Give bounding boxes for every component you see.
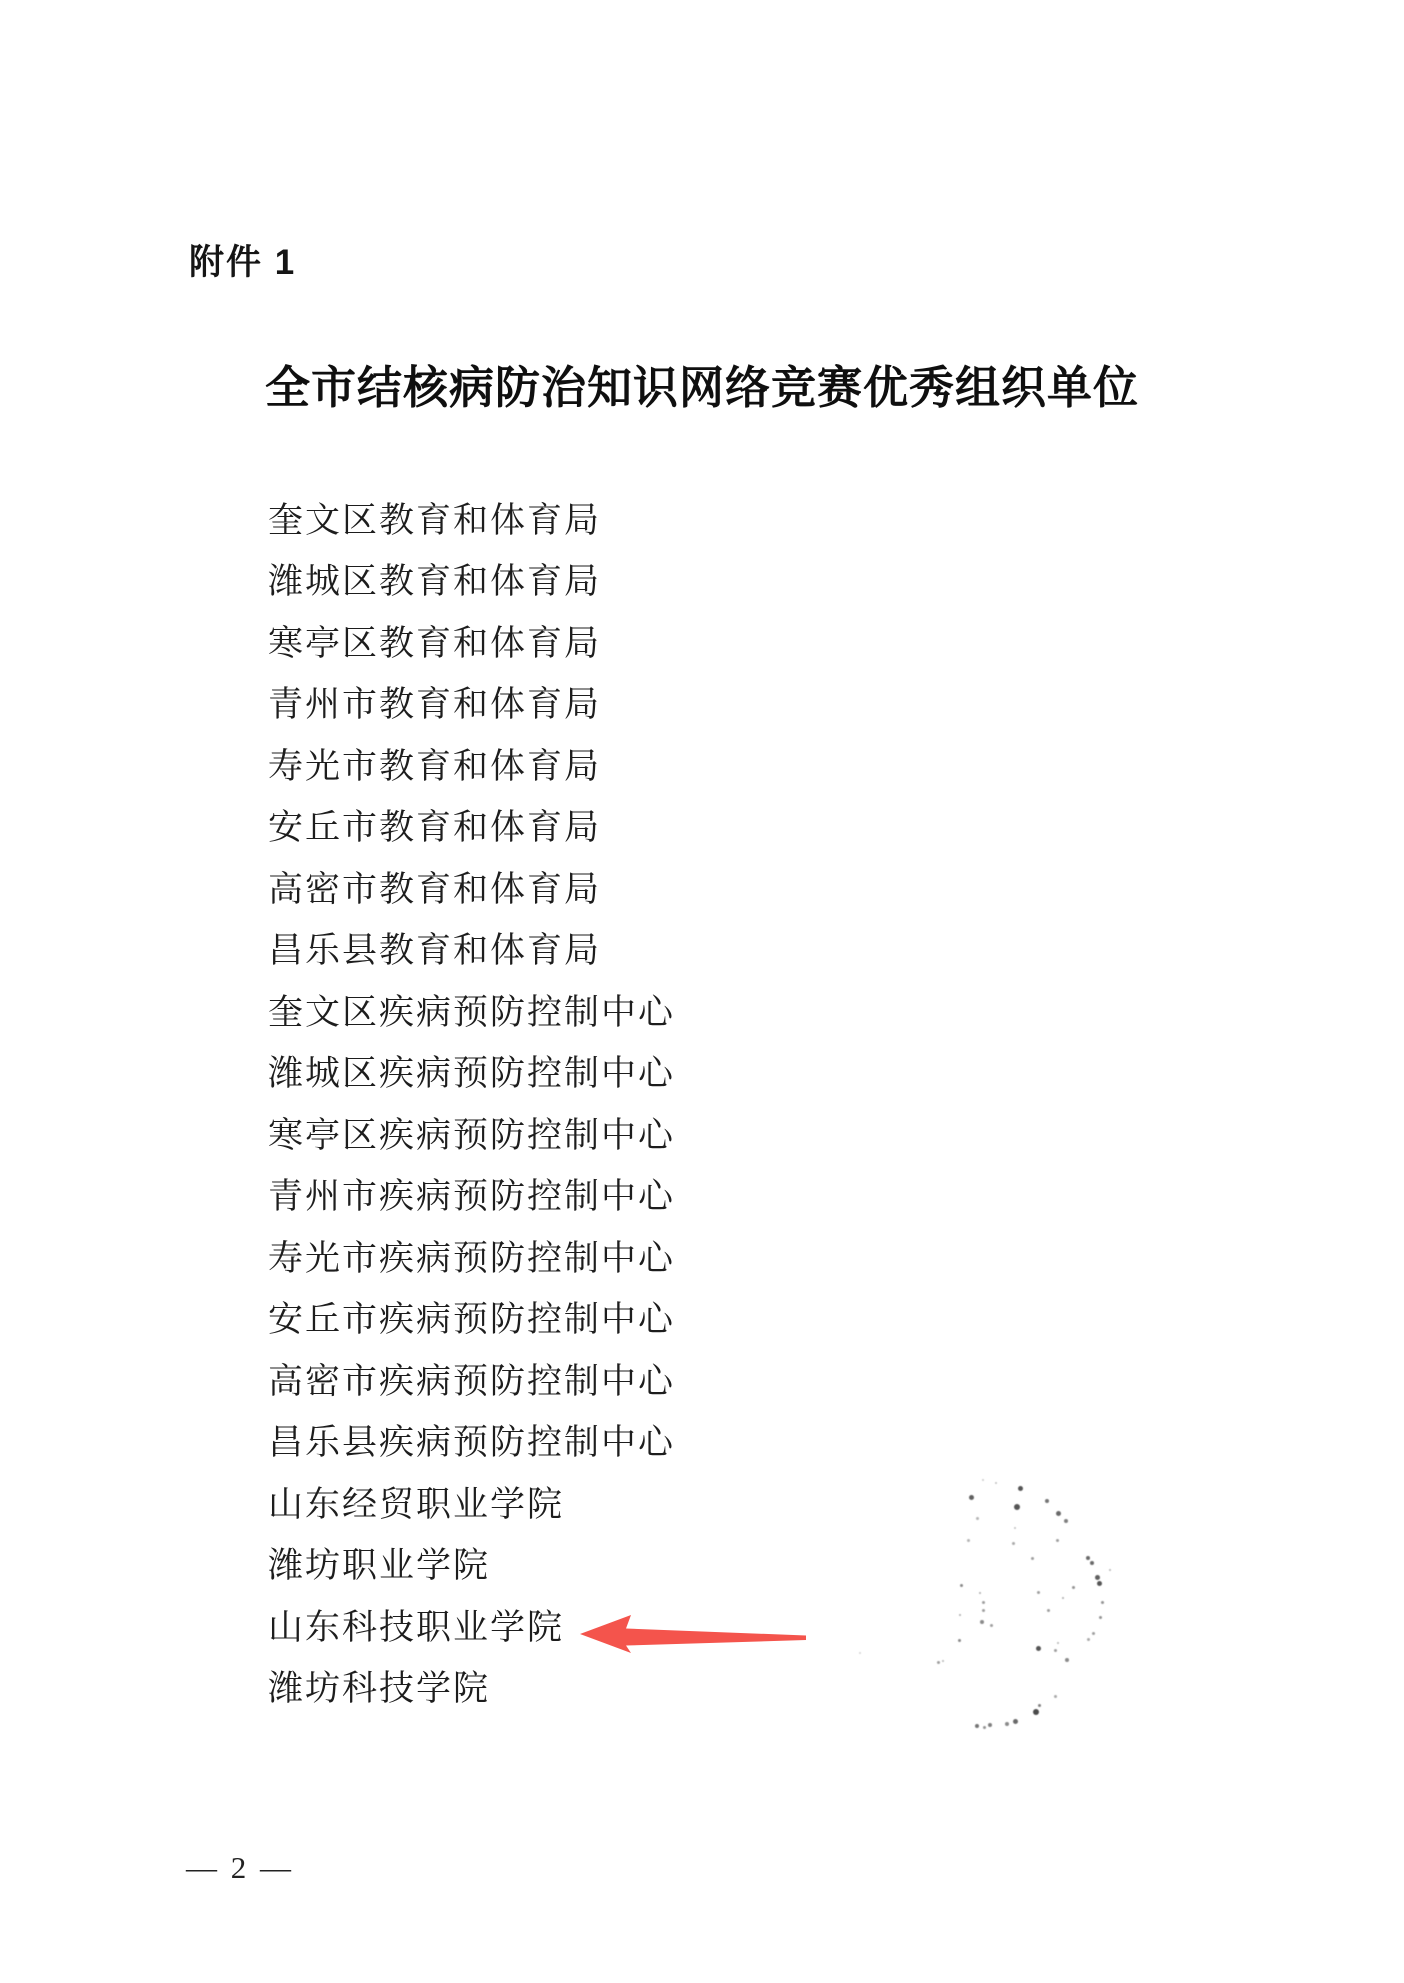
stamp-speck: [1054, 1649, 1057, 1652]
stamp-speck: [1090, 1561, 1094, 1565]
organization-list-item: 寿光市教育和体育局: [268, 733, 675, 795]
stamp-speck: [988, 1723, 992, 1727]
organization-list-item: 安丘市教育和体育局: [268, 795, 675, 857]
stamp-speck: [1036, 1646, 1041, 1651]
stamp-speck: [1033, 1709, 1039, 1715]
stamp-speck: [982, 1609, 985, 1612]
organization-list-item: 青州市教育和体育局: [268, 672, 675, 734]
stamp-speck: [1065, 1658, 1069, 1662]
stamp-speck: [982, 1479, 984, 1481]
page-number: — 2 —: [186, 1848, 294, 1888]
stamp-speck: [990, 1624, 993, 1627]
organization-list-item: 寒亭区疾病预防控制中心: [268, 1102, 675, 1164]
stamp-speck: [1109, 1569, 1111, 1571]
stamp-speck: [1095, 1575, 1100, 1580]
stamp-speck: [960, 1584, 963, 1587]
stamp-speck: [1037, 1591, 1040, 1594]
stamp-speck: [1054, 1695, 1057, 1698]
faint-stamp-speckles: [0, 0, 1404, 1983]
stamp-speck: [1005, 1722, 1009, 1726]
organization-list-item: 寿光市疾病预防控制中心: [268, 1225, 675, 1287]
stamp-speck: [995, 1482, 997, 1484]
organization-list-item: 潍城区教育和体育局: [268, 549, 675, 611]
attachment-label: 附件 1: [189, 241, 296, 285]
organization-list-item: 潍城区疾病预防控制中心: [268, 1041, 675, 1103]
stamp-speck: [1087, 1638, 1090, 1641]
stamp-speck: [1014, 1504, 1020, 1510]
organization-list-item: 昌乐县教育和体育局: [268, 918, 675, 980]
stamp-speck: [1018, 1486, 1023, 1491]
red-arrow-annotation: [0, 0, 1404, 1983]
stamp-speck: [983, 1726, 986, 1729]
document-title: 全市结核病防治知识网络竞赛优秀组织单位: [0, 358, 1404, 418]
stamp-speck: [1045, 1499, 1049, 1503]
stamp-speck: [937, 1661, 940, 1664]
document-page: 附件 1 全市结核病防治知识网络竞赛优秀组织单位 奎文区教育和体育局潍城区教育和…: [0, 0, 1404, 1983]
organization-list-item: 昌乐县疾病预防控制中心: [268, 1410, 675, 1472]
organization-list-item: 潍坊职业学院: [268, 1533, 675, 1595]
stamp-speck: [1014, 1527, 1016, 1529]
organization-list-item: 高密市疾病预防控制中心: [268, 1348, 675, 1410]
organization-list-item: 高密市教育和体育局: [268, 856, 675, 918]
organization-list-item: 山东经贸职业学院: [268, 1471, 675, 1533]
stamp-speck: [1056, 1539, 1059, 1542]
stamp-speck: [958, 1639, 961, 1642]
stamp-speck: [1062, 1597, 1064, 1599]
stamp-speck: [1092, 1632, 1095, 1635]
organization-list: 奎文区教育和体育局潍城区教育和体育局寒亭区教育和体育局青州市教育和体育局寿光市教…: [268, 487, 675, 1717]
stamp-speck: [1097, 1581, 1102, 1586]
stamp-speck: [1038, 1704, 1041, 1707]
stamp-speck: [859, 1652, 861, 1654]
stamp-speck: [975, 1724, 979, 1728]
stamp-speck: [979, 1592, 981, 1594]
organization-list-item: 山东科技职业学院: [268, 1594, 675, 1656]
stamp-speck: [1012, 1542, 1015, 1545]
stamp-speck: [1056, 1511, 1061, 1516]
stamp-speck: [959, 1614, 961, 1616]
stamp-speck: [1072, 1586, 1075, 1589]
organization-list-item: 寒亭区教育和体育局: [268, 610, 675, 672]
stamp-speck: [1086, 1556, 1090, 1560]
stamp-speck: [980, 1620, 984, 1624]
stamp-speck: [1099, 1616, 1102, 1619]
organization-list-item: 青州市疾病预防控制中心: [268, 1164, 675, 1226]
stamp-speck: [1013, 1719, 1018, 1724]
organization-list-item: 潍坊科技学院: [268, 1656, 675, 1718]
stamp-speck: [942, 1660, 944, 1662]
stamp-speck: [967, 1539, 970, 1542]
stamp-speck: [969, 1495, 974, 1500]
stamp-speck: [982, 1601, 985, 1604]
organization-list-item: 奎文区教育和体育局: [268, 487, 675, 549]
organization-list-item: 安丘市疾病预防控制中心: [268, 1287, 675, 1349]
stamp-speck: [976, 1517, 979, 1520]
stamp-speck: [1057, 1642, 1059, 1644]
stamp-speck: [1101, 1601, 1104, 1604]
stamp-speck: [1047, 1609, 1050, 1612]
stamp-speck: [1031, 1557, 1034, 1560]
stamp-speck: [1064, 1519, 1068, 1523]
organization-list-item: 奎文区疾病预防控制中心: [268, 979, 675, 1041]
